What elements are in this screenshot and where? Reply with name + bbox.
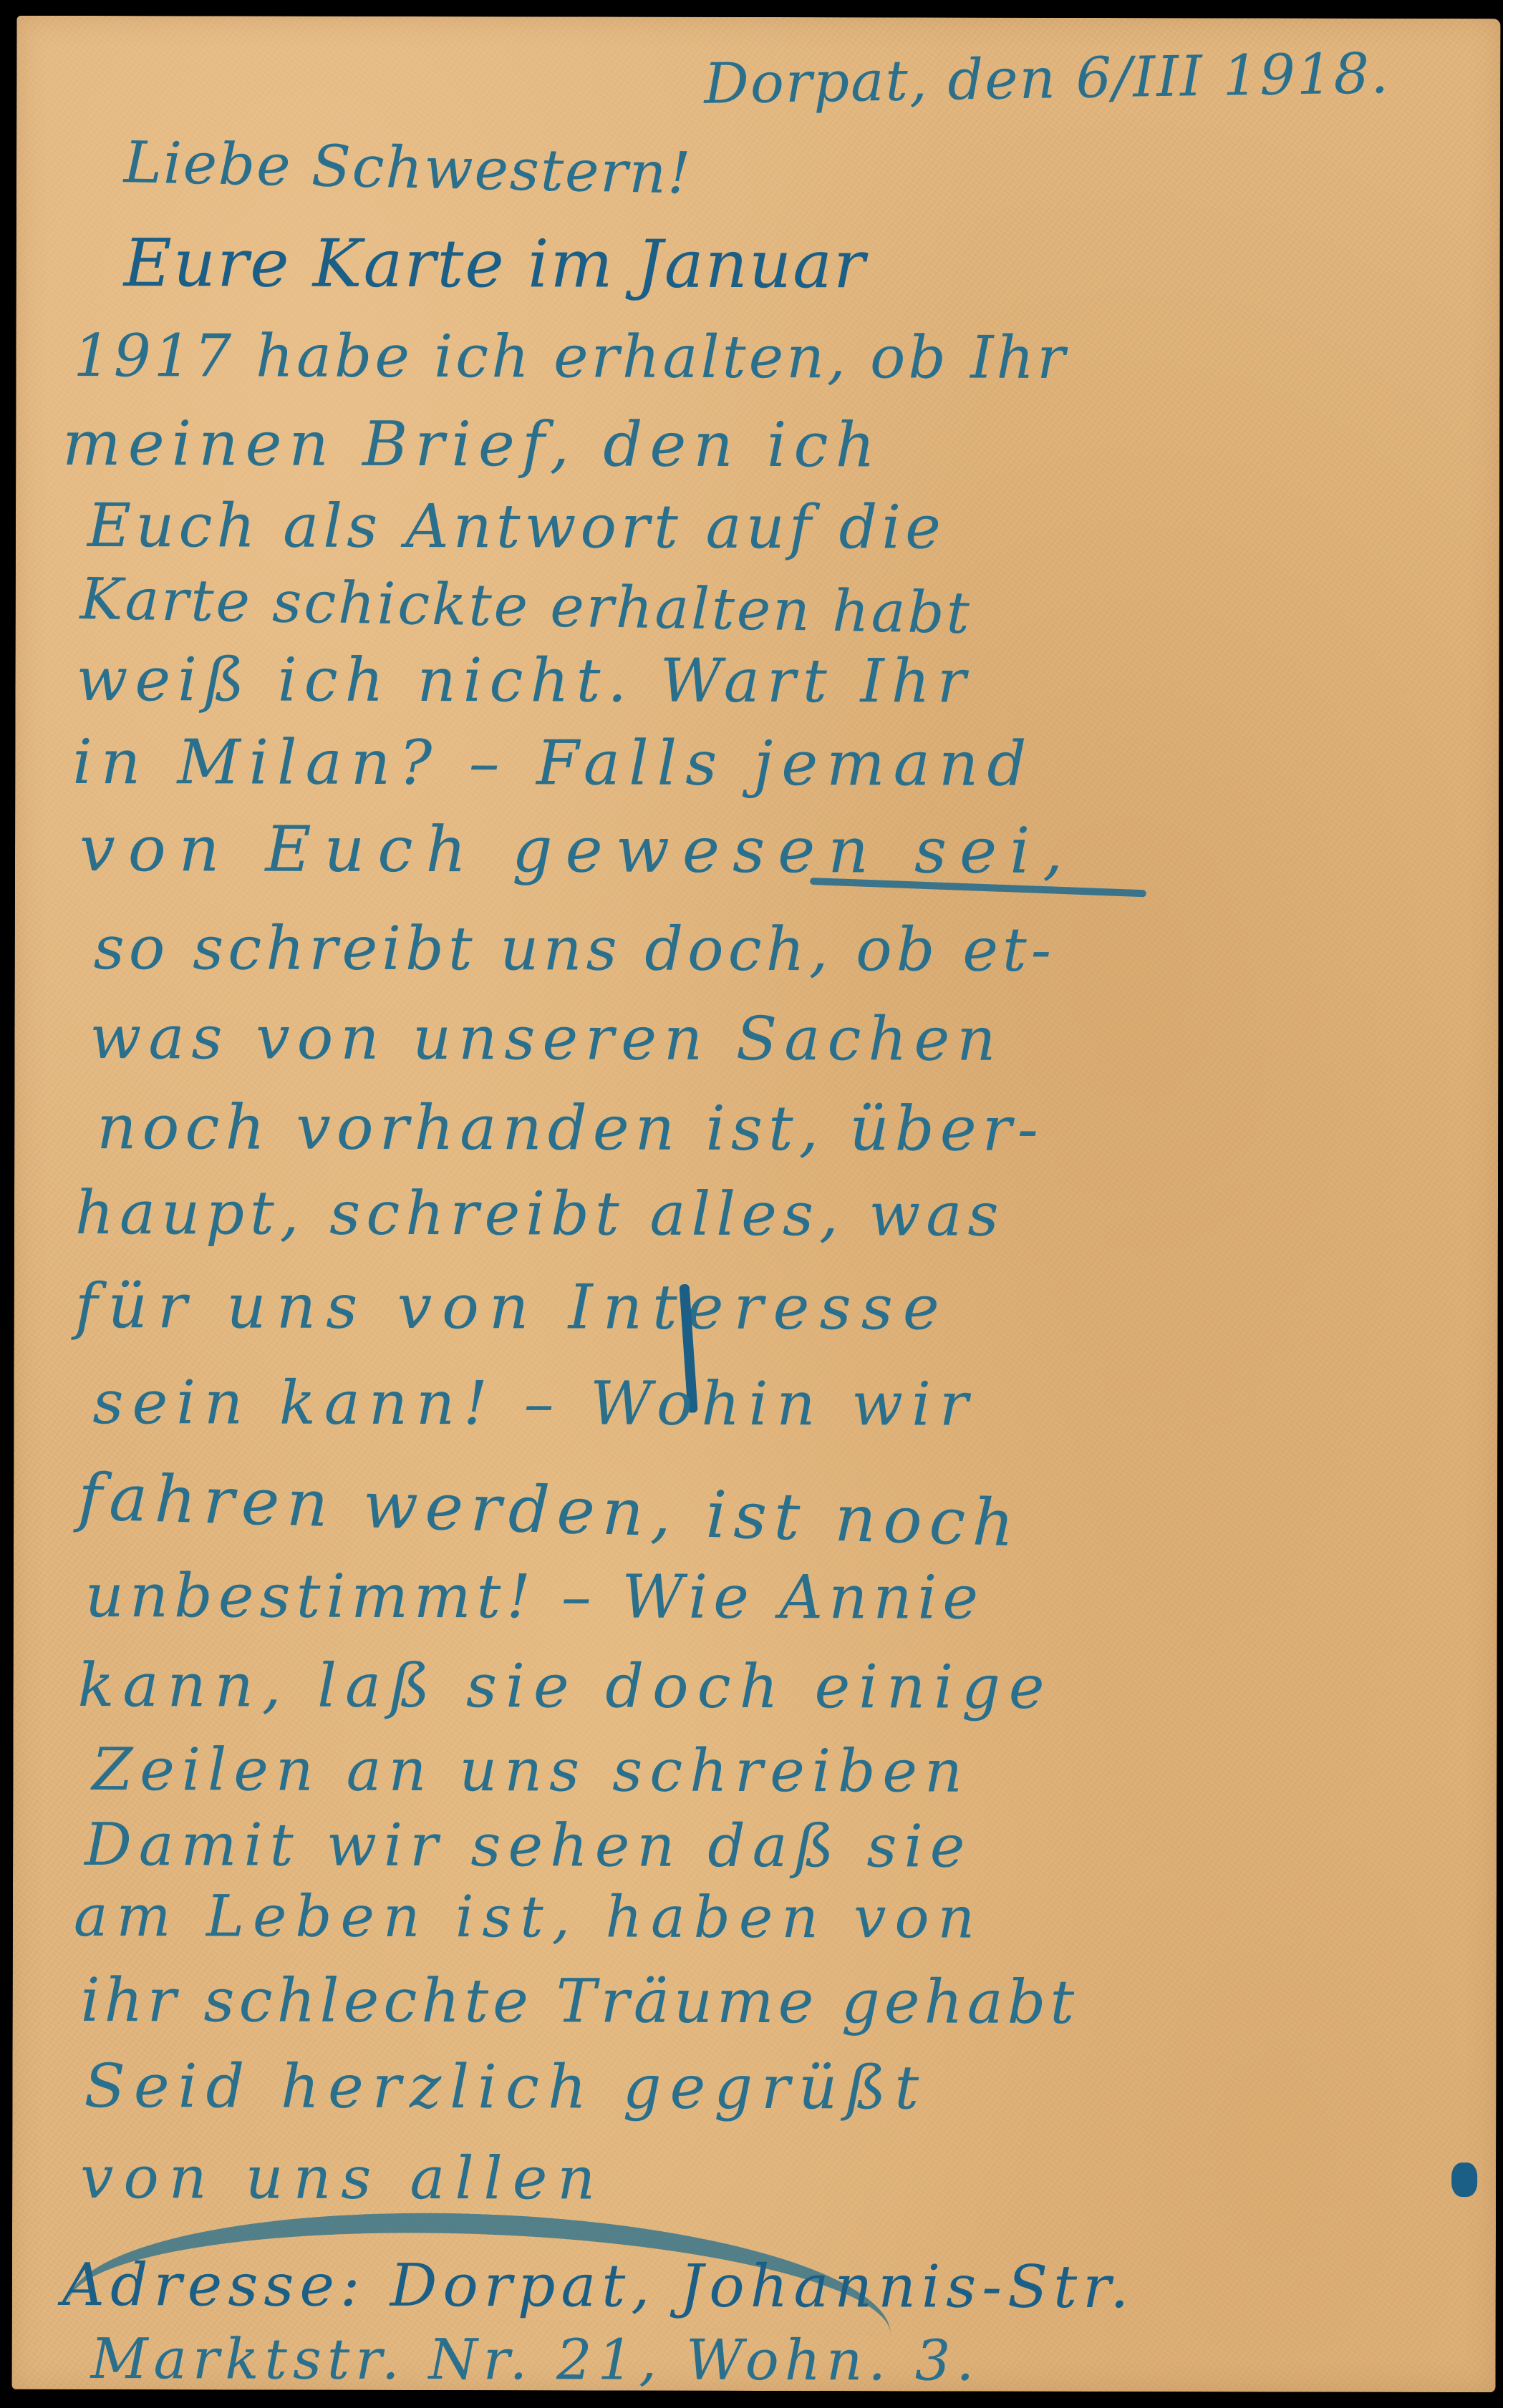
body-line-12: haupt, schreibt alles, was <box>75 1183 1005 1245</box>
body-line-19: Damit wir sehen daß sie <box>84 1816 972 1877</box>
body-line-9: so schreibt uns doch, ob et- <box>94 918 1056 980</box>
body-line-14: sein kann! – Wohin wir <box>92 1372 977 1434</box>
body-line-21: ihr schlechte Träume gehabt <box>81 1970 1079 2032</box>
body-line-4: Euch als Antwort auf die <box>87 495 945 558</box>
body-line-23: von uns allen <box>80 2149 605 2209</box>
body-line-5: Karte schickte erhalten habt <box>79 571 972 642</box>
body-line-16: unbestimmt! – Wie Annie <box>85 1565 984 1628</box>
body-line-10: was von unseren Sachen <box>90 1007 1002 1069</box>
body-line-1: Eure Karte im Januar <box>124 230 866 298</box>
address-line-1: Adresse: Dorpat, Johannis-Str. <box>62 2256 1135 2317</box>
address-line-2: Marktstr. Nr. 21, Wohn. 3. <box>91 2331 980 2389</box>
body-line-6: weiß ich nicht. Wart Ihr <box>76 649 973 712</box>
postcard: Dorpat, den 6/III 1918. Liebe Schwestern… <box>12 16 1501 2392</box>
salutation-line: Liebe Schwestern! <box>123 134 692 202</box>
body-line-2: 1917 habe ich erhalten, ob Ihr <box>73 327 1068 388</box>
place-date-line: Dorpat, den 6/III 1918. <box>704 46 1391 112</box>
ink-blot <box>1451 2162 1477 2197</box>
body-line-8: von Euch gewesen sei, <box>79 817 1075 883</box>
body-line-17: kann, laß sie doch einige <box>78 1655 1053 1717</box>
body-line-20: am Leben ist, haben von <box>74 1888 983 1947</box>
body-line-11: noch vorhanden ist, über- <box>97 1097 1044 1160</box>
scan-edge-strip <box>1503 0 1513 2408</box>
body-line-3: meinen Brief, den ich <box>62 413 882 476</box>
body-line-13: für uns von Interesse <box>75 1276 949 1339</box>
body-line-18: Zeilen an uns schreiben <box>92 1741 970 1802</box>
body-line-15: fahren werden, ist noch <box>77 1465 1022 1556</box>
body-line-7: in Milan? – Falls jemand <box>72 732 1035 795</box>
body-line-22: Seid herzlich gegrüßt <box>84 2056 927 2117</box>
